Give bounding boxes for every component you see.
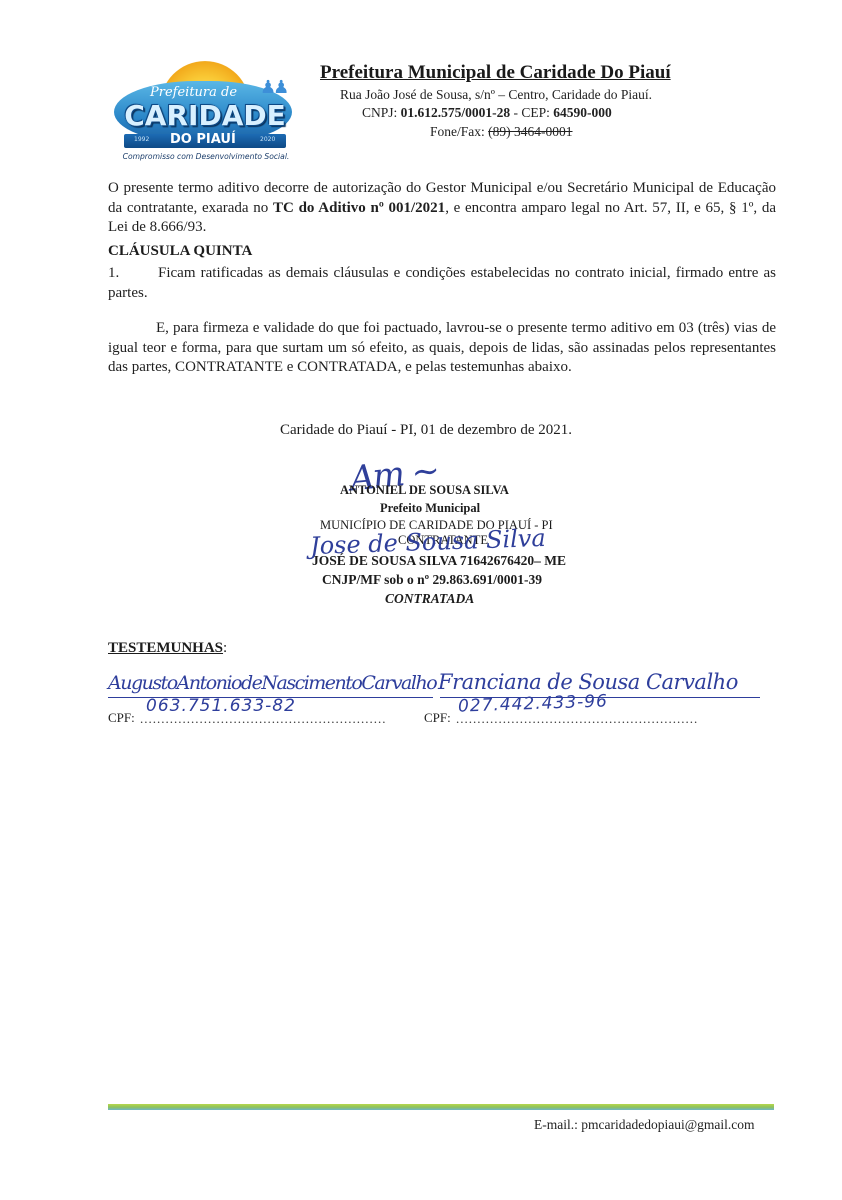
- clause-item-number: 1.: [108, 264, 158, 284]
- email-label: E-mail.:: [534, 1117, 581, 1132]
- letterhead-title: Prefeitura Municipal de Caridade Do Piau…: [320, 62, 671, 84]
- witness-1-cpf: 063.751.633-82: [146, 696, 296, 716]
- clause-item-text: Ficam ratificadas as demais cláusulas e …: [108, 265, 776, 301]
- witness-2-cpf-label: CPF:: [424, 710, 451, 726]
- witness-1-cpf-label: CPF:: [108, 710, 135, 726]
- intro-paragraph: O presente termo aditivo decorre de auto…: [108, 179, 776, 238]
- date-line: Caridade do Piauí - PI, 01 de dezembro d…: [280, 422, 572, 439]
- logo-year-left: 1992: [134, 136, 149, 143]
- letterhead-address: Rua João José de Sousa, s/nº – Centro, C…: [340, 87, 652, 103]
- witnesses-title: TESTEMUNHAS:: [108, 640, 227, 657]
- logo-year-right: 2020: [260, 136, 275, 143]
- letterhead-cnpj-cep: CNPJ: 01.612.575/0001-28 - CEP: 64590-00…: [362, 105, 612, 121]
- logo-top-text: Prefeitura de: [150, 85, 237, 100]
- witness-2-signature: Franciana de Sousa Carvalho: [438, 670, 738, 694]
- footer-divider: [108, 1104, 774, 1110]
- contratante-name: ANTONIEL DE SOUSA SILVA: [340, 483, 509, 498]
- cnpj-label: CNPJ:: [362, 105, 401, 120]
- municipality-logo: Prefeitura de ♟♟ CARIDADE 1992 DO PIAUÍ …: [110, 55, 300, 167]
- closing-paragraph: E, para firmeza e validade do que foi pa…: [108, 319, 776, 378]
- contratada-label: CONTRATADA: [385, 591, 474, 607]
- contratante-role: Prefeito Municipal: [380, 501, 480, 516]
- witness-1-signature: AugustoAntoniodeNascimentoCarvalho: [108, 672, 436, 694]
- phone-value: (89) 3464-0001: [488, 124, 572, 139]
- cep-label: - CEP:: [510, 105, 553, 120]
- people-icon: ♟♟: [260, 77, 286, 98]
- contratada-name: JOSÉ DE SOUSA SILVA 71642676420– ME: [312, 553, 566, 569]
- clause-title: CLÁUSULA QUINTA: [108, 243, 252, 260]
- cep-value: 64590-000: [553, 105, 612, 120]
- logo-slogan: Compromisso com Desenvolvimento Social.: [118, 152, 294, 161]
- intro-reference: TC do Aditivo nº 001/2021: [273, 200, 445, 216]
- clause-item: 1.Ficam ratificadas as demais cláusulas …: [108, 264, 776, 303]
- email-address[interactable]: pmcaridadedopiaui@gmail.com: [581, 1117, 754, 1132]
- phone-label: Fone/Fax:: [430, 124, 488, 139]
- witnesses-title-text: TESTEMUNHAS: [108, 640, 223, 656]
- logo-main-text: CARIDADE: [120, 99, 290, 132]
- cnpj-value: 01.612.575/0001-28: [401, 105, 511, 120]
- footer-email: E-mail.: pmcaridadedopiaui@gmail.com: [534, 1117, 755, 1133]
- contratada-cnpj: CNJP/MF sob o nº 29.863.691/0001-39: [322, 572, 542, 588]
- witnesses-title-colon: :: [223, 640, 227, 656]
- letterhead-phone: Fone/Fax: (89) 3464-0001: [430, 124, 573, 140]
- logo-band-text: DO PIAUÍ: [170, 132, 236, 147]
